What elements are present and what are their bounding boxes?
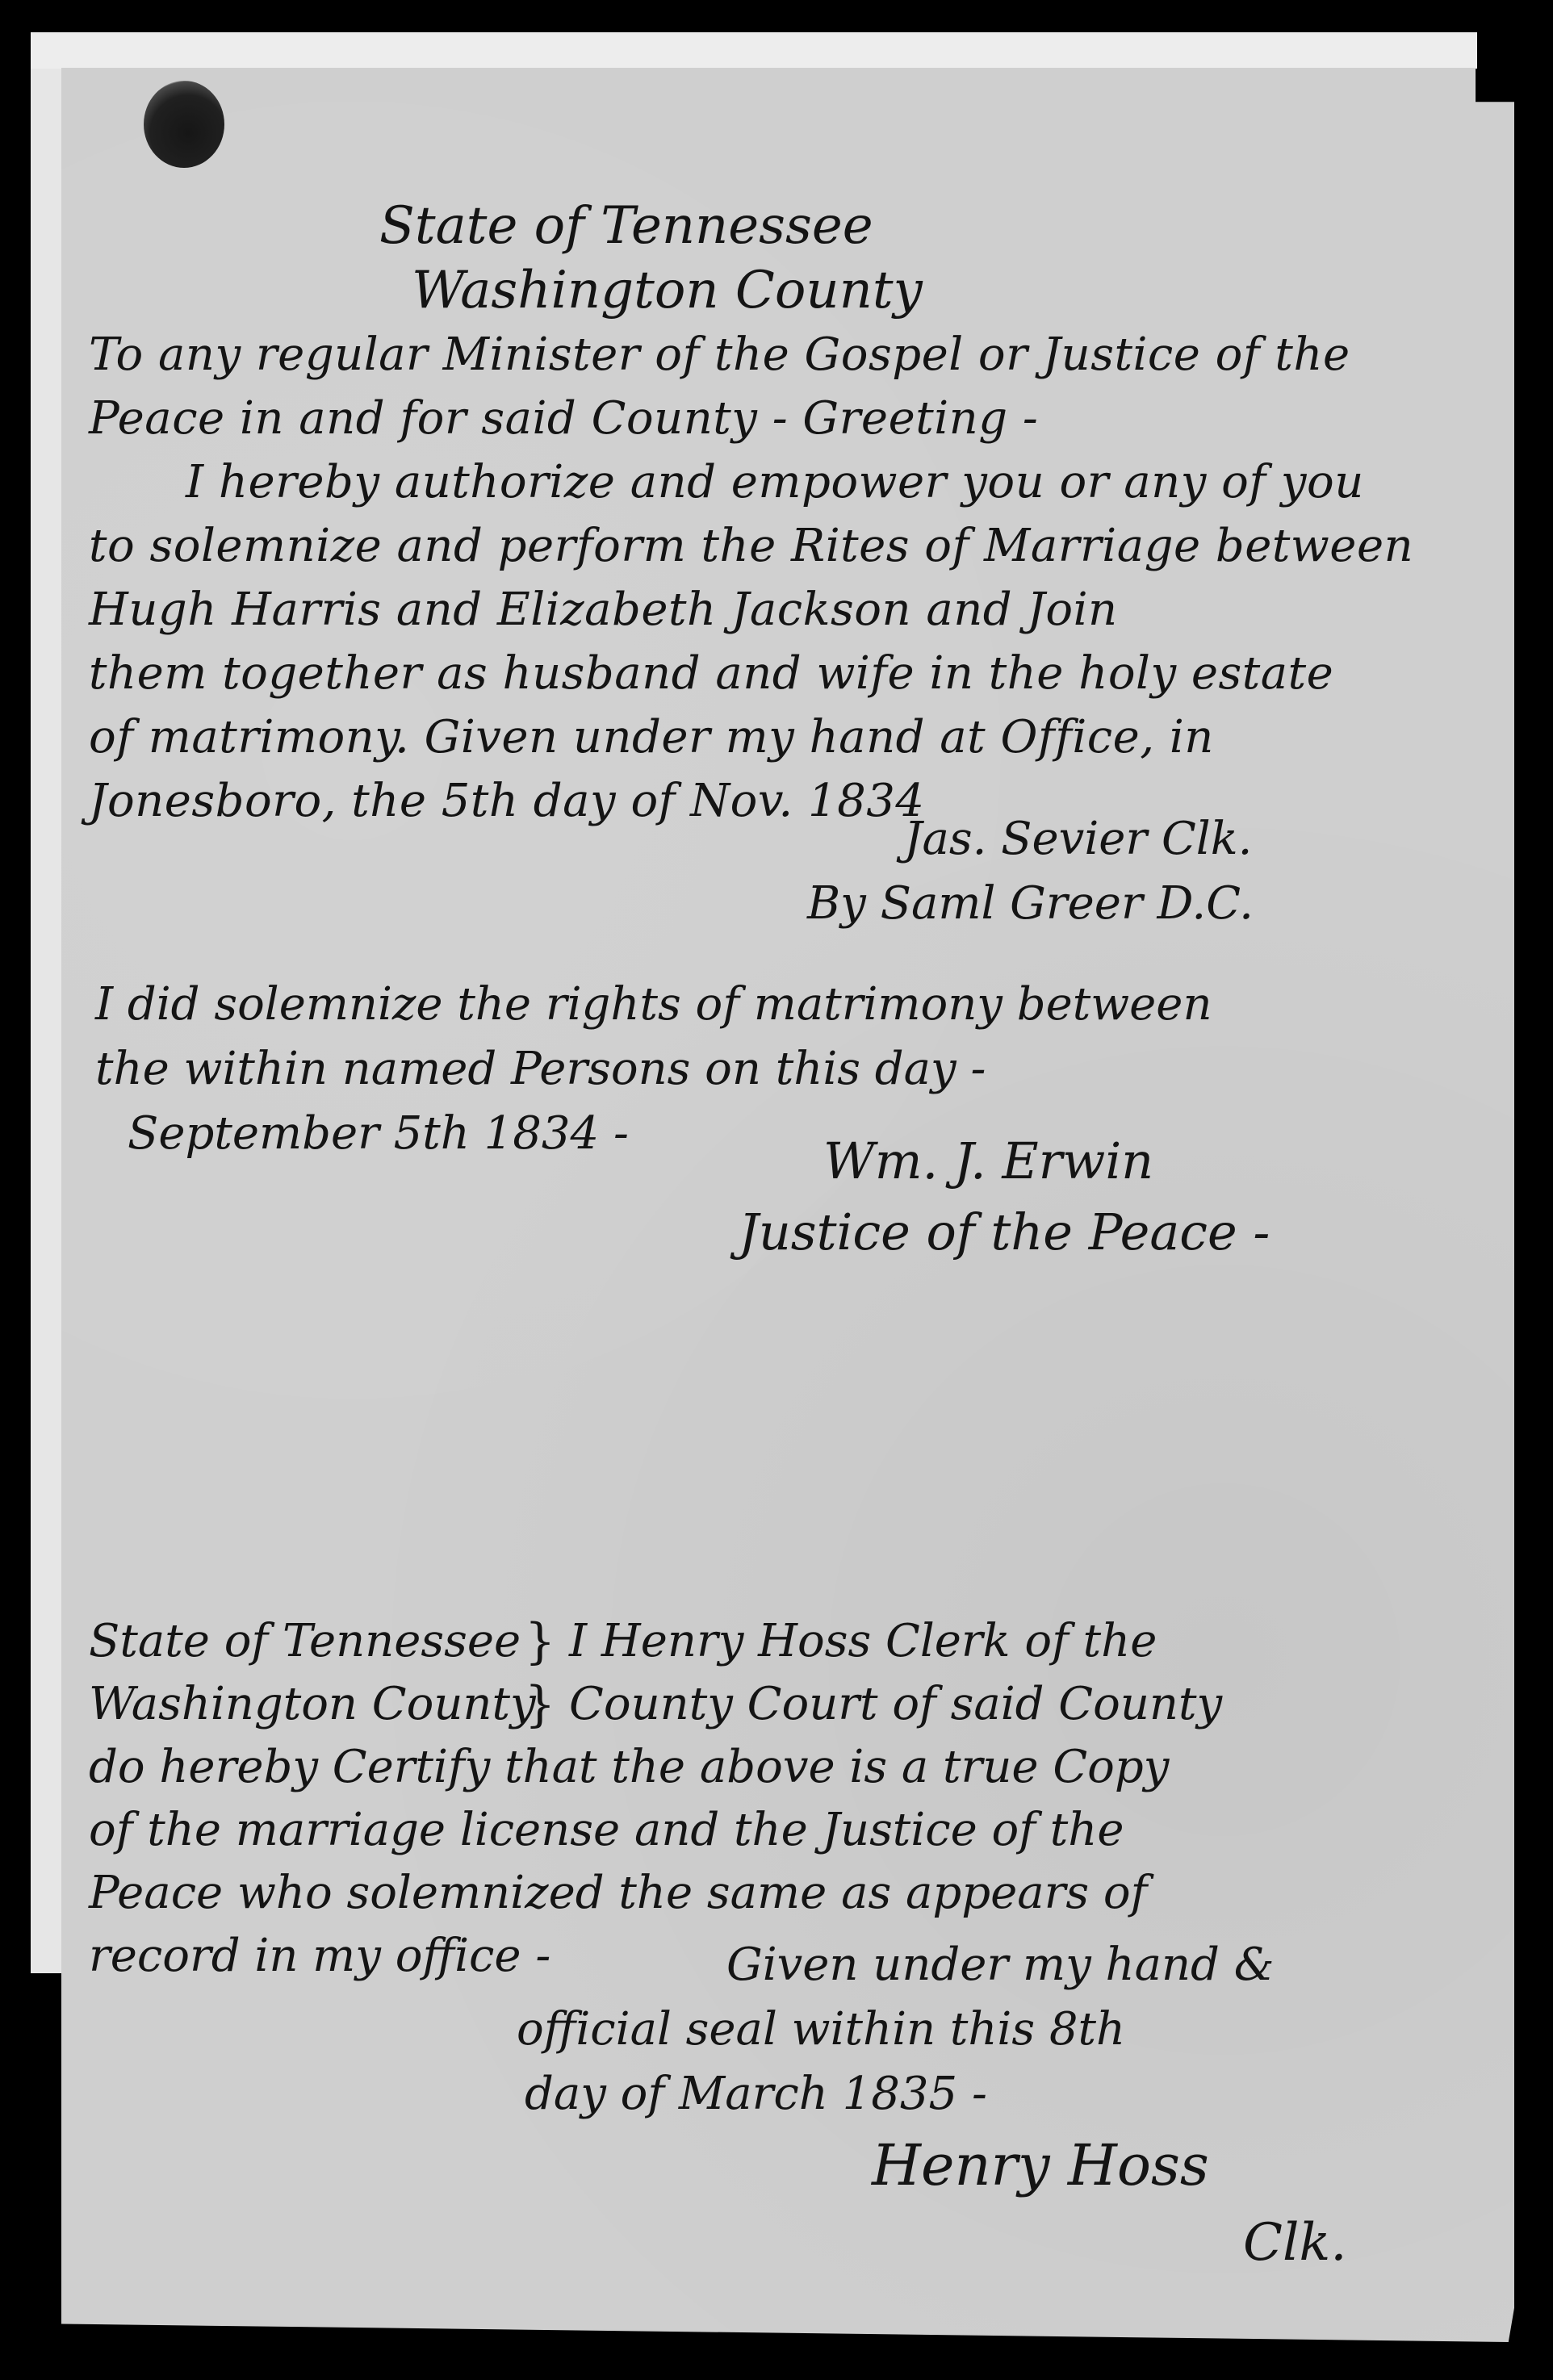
wax-seal-blot-icon — [144, 81, 224, 168]
certificate-given-clause: Given under my hand & official seal with… — [517, 1933, 1275, 2127]
license-line: Peace in and for said County - Greeting … — [89, 387, 1413, 450]
justice-title: Justice of the Peace - — [739, 1197, 1270, 1268]
justice-name: Wm. J. Erwin — [815, 1126, 1270, 1197]
return-line: I did solemnize the rights of matrimony … — [95, 972, 1212, 1037]
certificate-clerk-signature: Henry Hoss Clk. — [872, 2127, 1347, 2282]
license-body: To any regular Minister of the Gospel or… — [89, 323, 1413, 833]
brace-icon: } — [525, 1673, 569, 1736]
header-state: State of Tennessee — [379, 194, 923, 258]
license-line: to solemnize and perform the Rites of Ma… — [89, 514, 1413, 578]
license-line-couple-names: Hugh Harris and Elizabeth Jackson and Jo… — [89, 578, 1413, 642]
backing-page-top-edge — [31, 32, 1477, 69]
deputy-clerk-name: By Saml Greer D.C. — [807, 872, 1254, 936]
clerk-certificate: State of Tennessee } I Henry Hoss Clerk … — [89, 1610, 1222, 1988]
given-line: official seal within this 8th — [517, 1997, 1275, 2062]
given-line-date: day of March 1835 - — [517, 2062, 1275, 2127]
license-line: To any regular Minister of the Gospel or… — [89, 323, 1413, 387]
certificate-state: State of Tennessee — [89, 1610, 525, 1673]
certificate-line: do hereby Certify that the above is a tr… — [89, 1736, 1222, 1799]
certificate-heading-row: State of Tennessee } I Henry Hoss Clerk … — [89, 1610, 1222, 1673]
license-line: I hereby authorize and empower you or an… — [89, 450, 1413, 514]
license-line: them together as husband and wife in the… — [89, 642, 1413, 705]
certificate-clerk-name: Henry Hoss — [872, 2127, 1347, 2204]
return-line: the within named Persons on this day - — [95, 1037, 1212, 1102]
certificate-county: Washington County — [89, 1673, 525, 1736]
certificate-court: County Court of said County — [569, 1673, 1222, 1736]
certificate-clerk-intro: I Henry Hoss Clerk of the — [569, 1610, 1157, 1673]
justice-signature: Wm. J. Erwin Justice of the Peace - — [815, 1126, 1270, 1268]
certificate-heading-row: Washington County } County Court of said… — [89, 1673, 1222, 1736]
certificate-line: of the marriage license and the Justice … — [89, 1799, 1222, 1862]
header-county: Washington County — [379, 258, 923, 323]
certificate-line: Peace who solemnized the same as appears… — [89, 1862, 1222, 1925]
clerk-name: Jas. Sevier Clk. — [904, 807, 1254, 872]
certificate-clerk-title: Clk. — [872, 2204, 1347, 2282]
license-line: of matrimony. Given under my hand at Off… — [89, 705, 1413, 769]
given-line: Given under my hand & — [517, 1933, 1275, 1997]
document-header: State of Tennessee Washington County — [379, 194, 923, 323]
license-clerk-signature: Jas. Sevier Clk. By Saml Greer D.C. — [904, 807, 1254, 936]
brace-icon: } — [525, 1610, 569, 1673]
